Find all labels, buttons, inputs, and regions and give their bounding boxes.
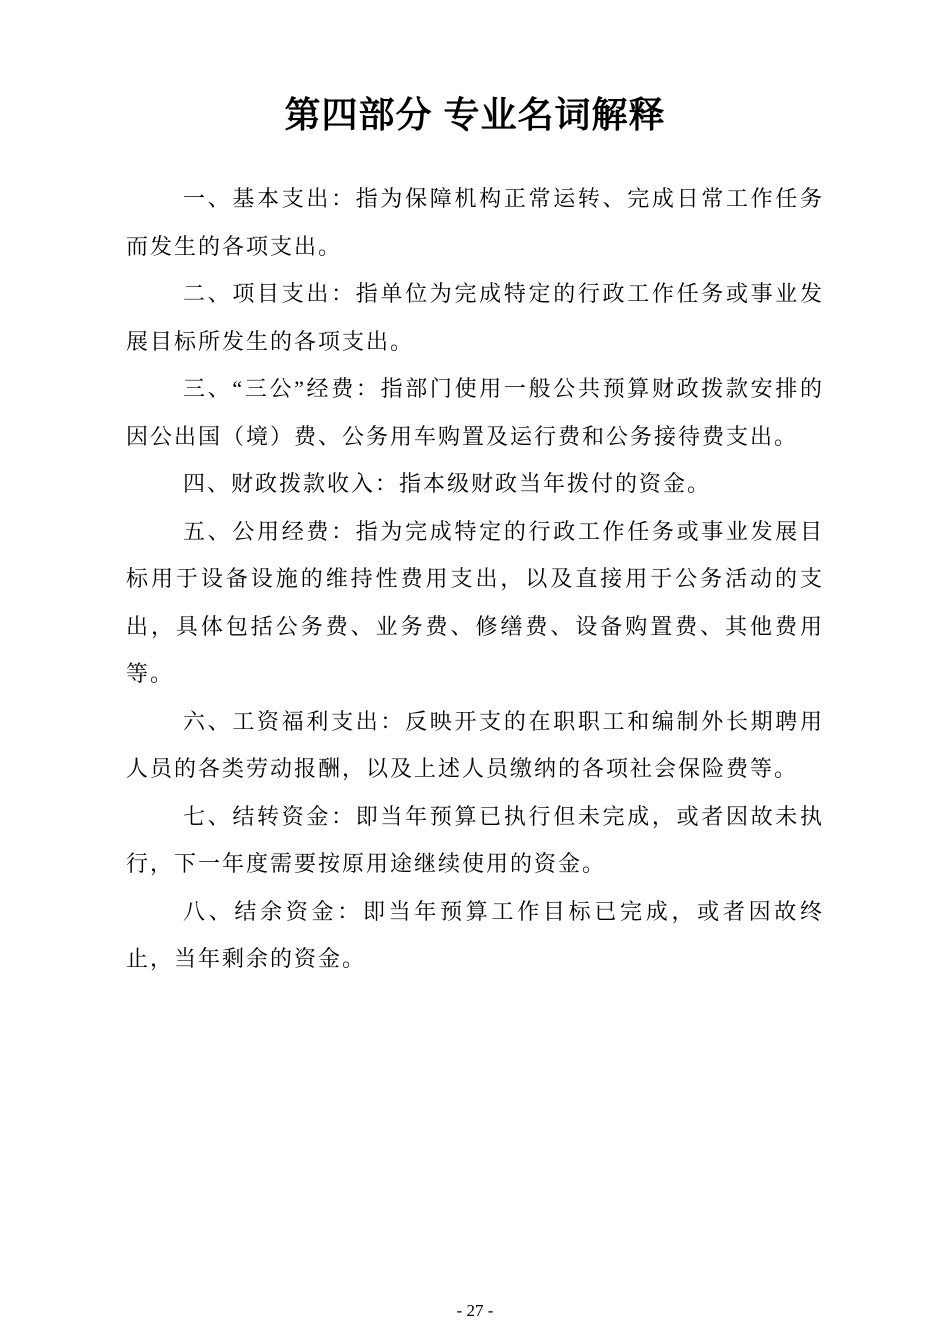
definition-paragraph: 四、财政拨款收入：指本级财政当年拨付的资金。 bbox=[126, 460, 824, 508]
definition-paragraph: 一、基本支出：指为保障机构正常运转、完成日常工作任务而发生的各项支出。 bbox=[126, 175, 824, 270]
definition-paragraph: 三、“三公”经费：指部门使用一般公共预算财政拨款安排的因公出国（境）费、公务用车… bbox=[126, 365, 824, 460]
page-number: - 27 - bbox=[0, 1301, 950, 1321]
definitions-list: 一、基本支出：指为保障机构正常运转、完成日常工作任务而发生的各项支出。二、项目支… bbox=[126, 175, 824, 983]
page-title: 第四部分 专业名词解释 bbox=[0, 0, 950, 137]
document-page: 第四部分 专业名词解释 一、基本支出：指为保障机构正常运转、完成日常工作任务而发… bbox=[0, 0, 950, 1343]
definition-paragraph: 五、公用经费：指为完成特定的行政工作任务或事业发展目标用于设备设施的维持性费用支… bbox=[126, 508, 824, 698]
definition-paragraph: 八、结余资金：即当年预算工作目标已完成，或者因故终止，当年剩余的资金。 bbox=[126, 888, 824, 983]
definition-paragraph: 二、项目支出：指单位为完成特定的行政工作任务或事业发展目标所发生的各项支出。 bbox=[126, 270, 824, 365]
definition-paragraph: 七、结转资金：即当年预算已执行但未完成，或者因故未执行，下一年度需要按原用途继续… bbox=[126, 793, 824, 888]
definition-paragraph: 六、工资福利支出：反映开支的在职职工和编制外长期聘用人员的各类劳动报酬，以及上述… bbox=[126, 698, 824, 793]
